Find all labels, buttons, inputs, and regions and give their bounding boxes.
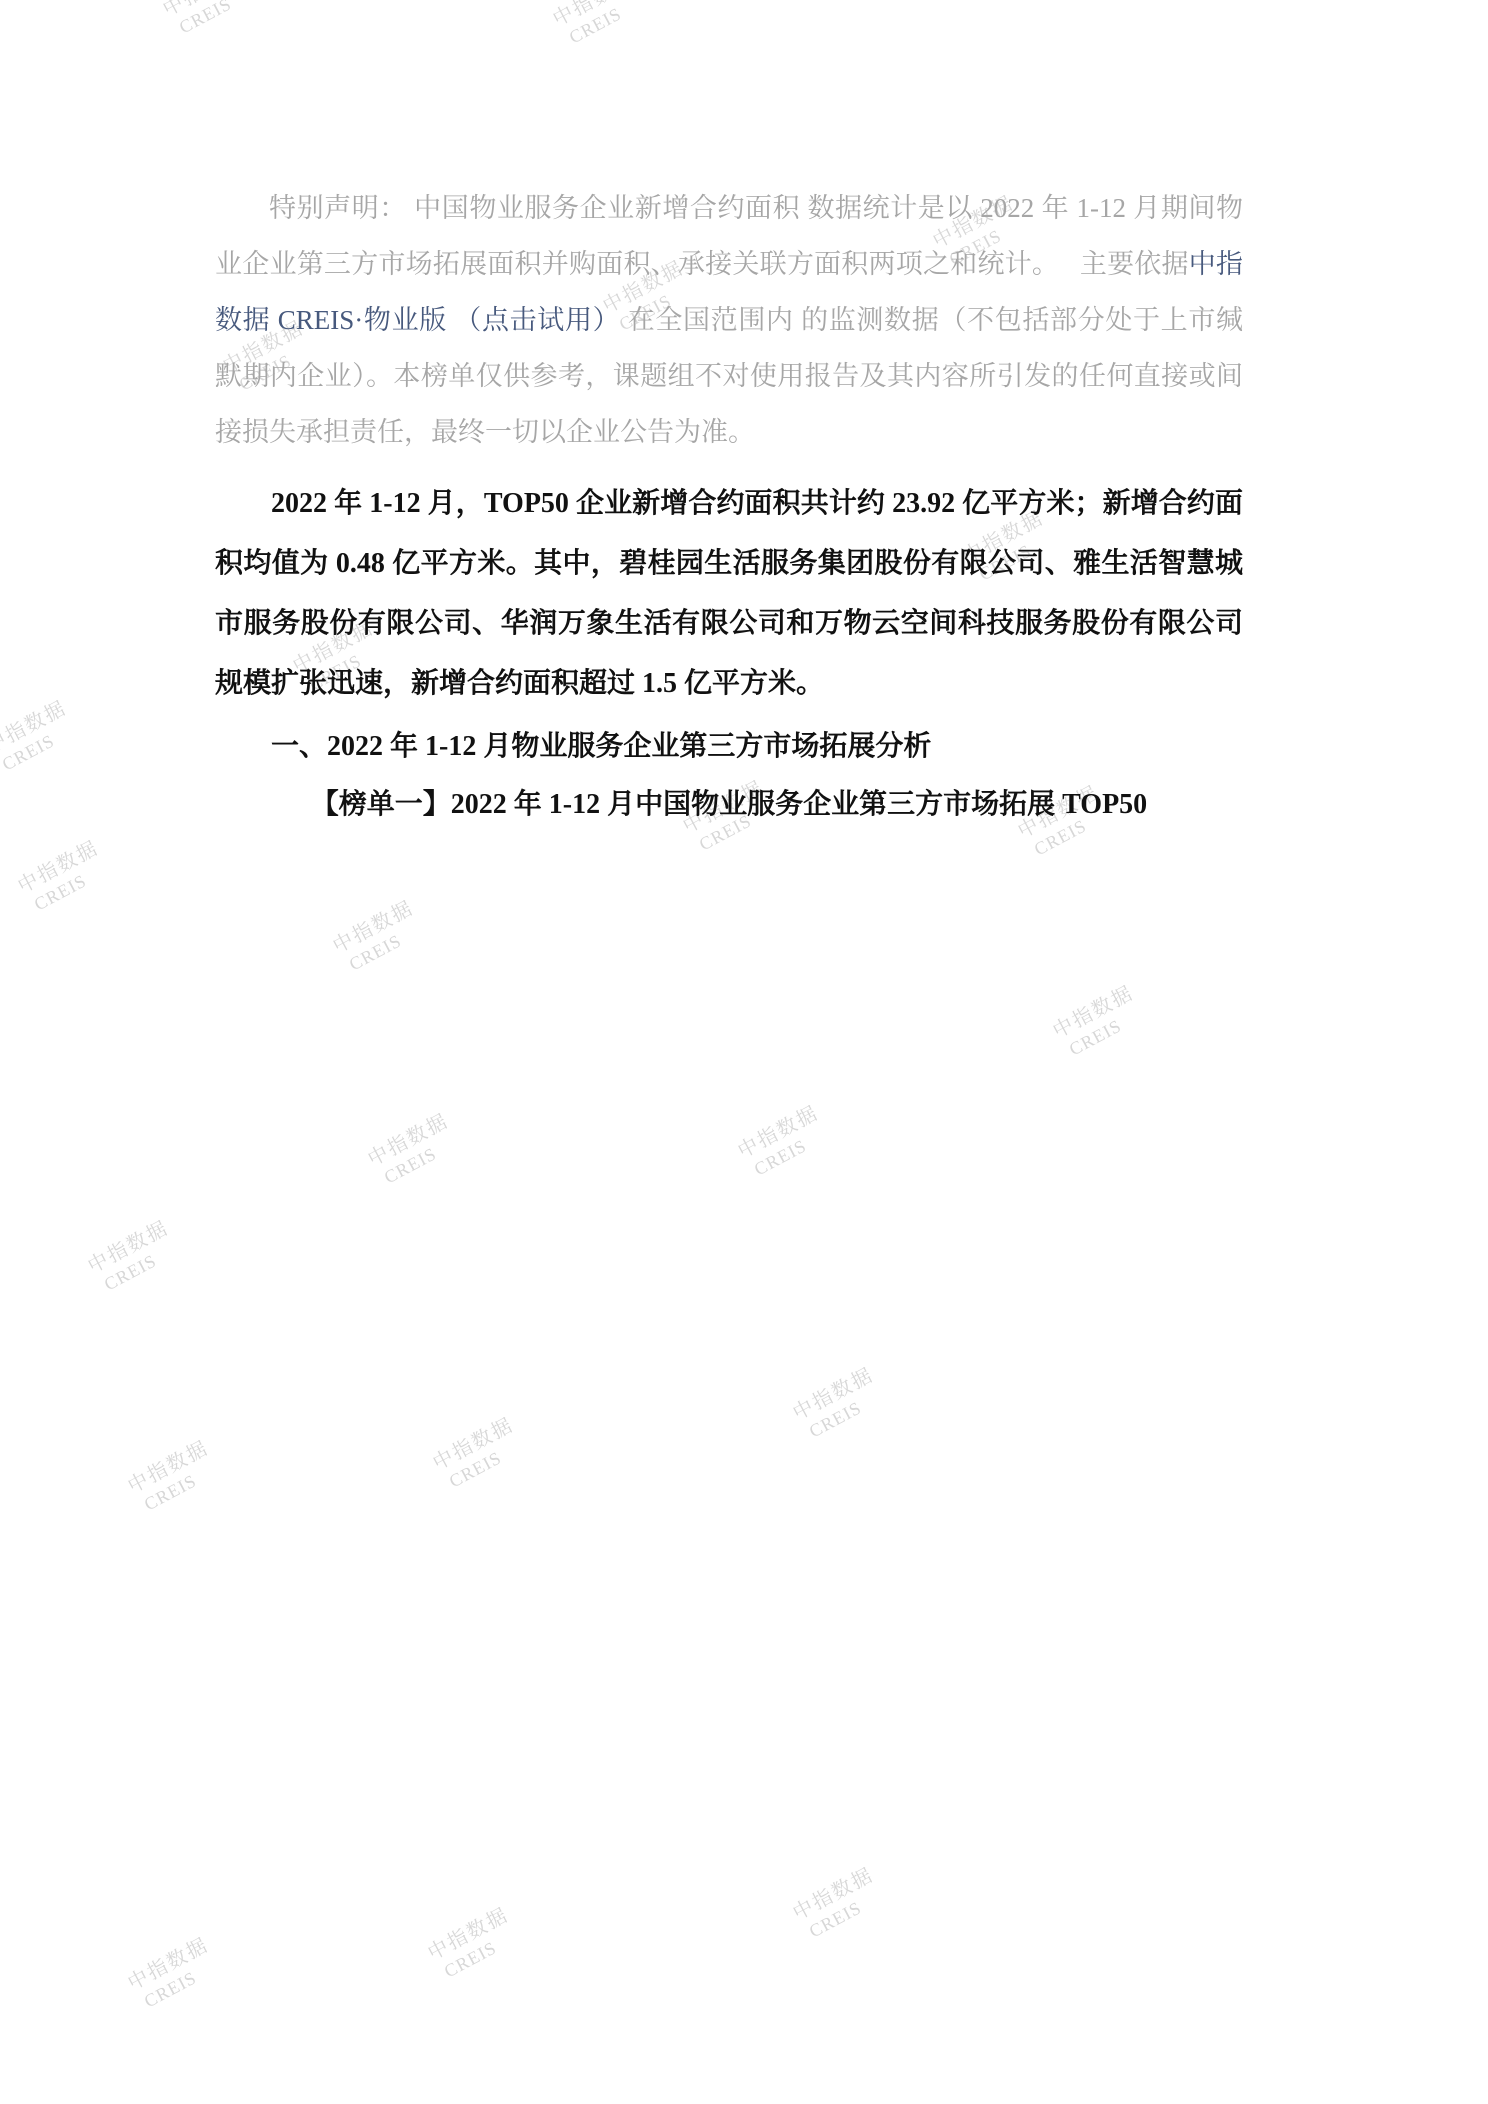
watermark-en: CREIS bbox=[95, 1237, 183, 1299]
watermark-en: CREIS bbox=[0, 717, 82, 779]
document-page: 中指数据CREIS 中指数据CREIS 中指数据CREIS 中指数据CREIS … bbox=[0, 0, 1488, 2104]
disclaimer-paragraph: 特别声明： 中国物业服务企业新增合约面积 数据统计是以 2022 年 1-12 … bbox=[215, 180, 1243, 460]
document-content: 特别声明： 中国物业服务企业新增合约面积 数据统计是以 2022 年 1-12 … bbox=[215, 0, 1243, 2104]
watermark-cn: 中指数据 bbox=[14, 837, 102, 899]
summary-paragraph: 2022 年 1-12 月，TOP50 企业新增合约面积共计约 23.92 亿平… bbox=[215, 474, 1243, 714]
disclaimer-prefix: 特别声明： 中国物业服务企业新增合约面积 数据统计是以 2022 年 1-12 … bbox=[215, 193, 1243, 279]
watermark: 中指数据CREIS bbox=[0, 697, 82, 779]
watermark: 中指数据CREIS bbox=[124, 1437, 223, 1519]
section-heading: 一、2022 年 1-12 月物业服务企业第三方市场拓展分析 bbox=[215, 719, 1243, 775]
watermark-cn: 中指数据 bbox=[0, 697, 71, 759]
watermark-en: CREIS bbox=[135, 1954, 223, 2016]
watermark-cn: 中指数据 bbox=[84, 1217, 172, 1279]
watermark: 中指数据CREIS bbox=[14, 837, 113, 919]
watermark-en: CREIS bbox=[135, 1457, 223, 1519]
list-title: 【榜单一】2022 年 1-12 月中国物业服务企业第三方市场拓展 TOP50 bbox=[215, 777, 1243, 833]
watermark: 中指数据CREIS bbox=[124, 1934, 223, 2016]
watermark-cn: 中指数据 bbox=[124, 1934, 212, 1996]
watermark-cn: 中指数据 bbox=[124, 1437, 212, 1499]
watermark-en: CREIS bbox=[25, 857, 113, 919]
watermark: 中指数据CREIS bbox=[84, 1217, 183, 1299]
